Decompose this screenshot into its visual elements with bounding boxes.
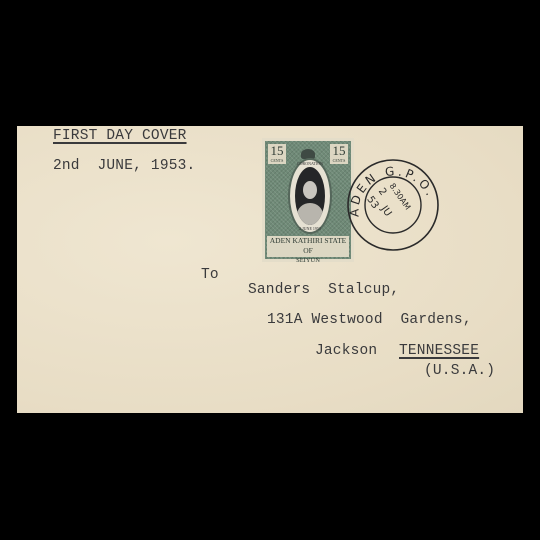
address-name: Sanders Stalcup, <box>248 282 399 298</box>
stamp-state-line2: SEIYUN <box>267 256 349 266</box>
stamp-top-text: CORONATION <box>290 161 330 166</box>
address-street: 131A Westwood Gardens, <box>267 312 472 328</box>
postmark-time: 8.30AM <box>388 182 413 212</box>
stamp-country-panel: ADEN KATHIRI STATE OF SEIYUN <box>267 236 349 257</box>
issue-date: 2nd JUNE, 1953. <box>53 158 195 174</box>
postmark-cancel: ADEN G.P.O. 8.30AM 2 JU 53 <box>345 157 445 257</box>
address-state: TENNESSEE <box>399 343 479 359</box>
stamp-bottom-text: 2 JUNE 1953 <box>290 226 330 231</box>
stamp-country: ADEN <box>270 236 291 245</box>
queen-portrait <box>295 167 325 225</box>
cover-heading: FIRST DAY COVER <box>53 128 187 144</box>
stamp-state: KATHIRI STATE OF <box>292 236 346 255</box>
postmark-month: JU <box>378 203 393 219</box>
address-country: (U.S.A.) <box>424 363 495 379</box>
portrait-frame: CORONATION 2 JUNE 1953 <box>288 158 332 234</box>
address-city: Jackson <box>315 343 377 359</box>
coronation-stamp: 15CENTS 15CENTS CORONATION 2 JUNE 1953 A… <box>262 138 354 262</box>
postmark-day: 2 <box>376 186 389 198</box>
stamp-value-left: 15CENTS <box>268 144 286 164</box>
address-to-label: To <box>201 267 219 283</box>
